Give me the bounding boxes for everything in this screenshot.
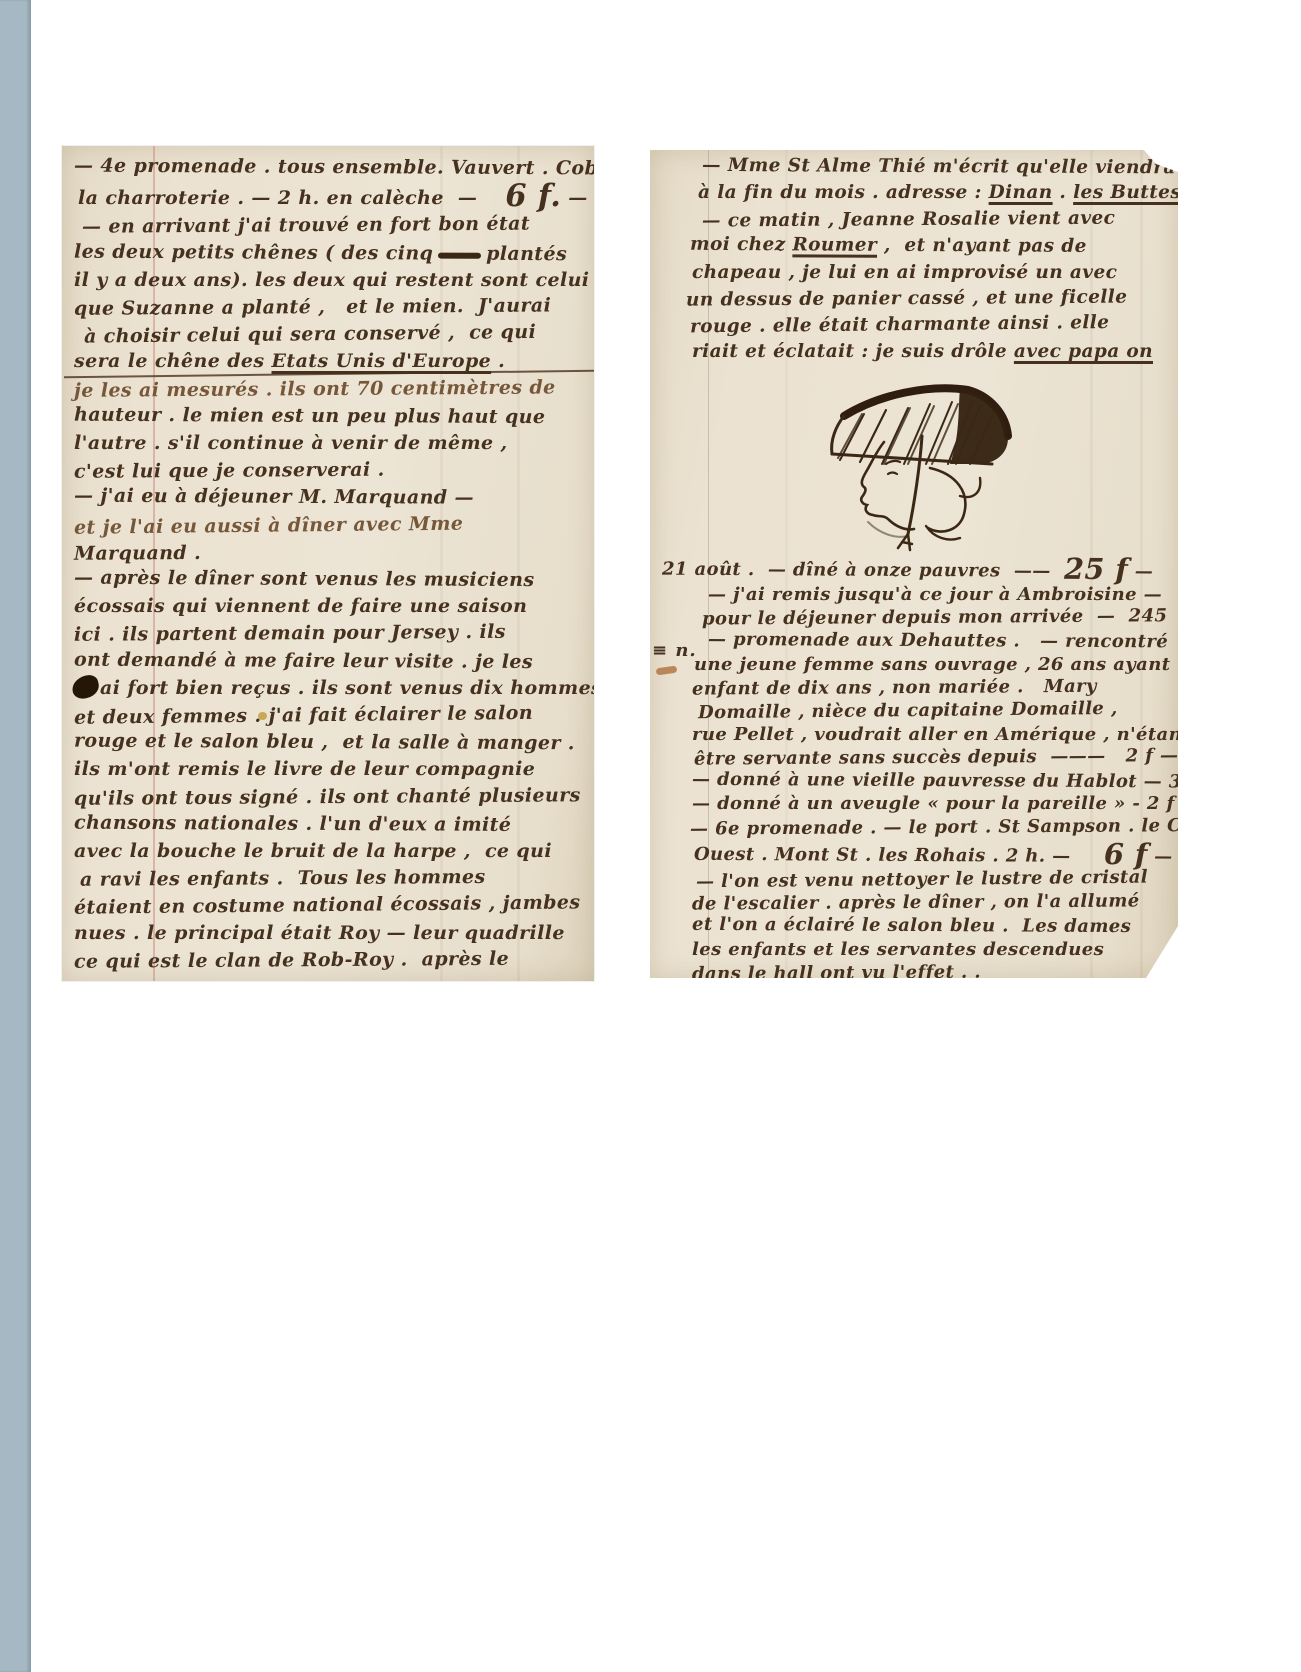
paper-stain (258, 712, 267, 720)
manuscript-line: qu'ils ont tous signé . ils ont chanté p… (74, 782, 590, 813)
manuscript-line: être servante sans succès depuis ——— 2 f… (662, 744, 1174, 771)
manuscript-line: à choisir celui qui sera conservé , ce q… (74, 319, 590, 352)
manuscript-page-right: — Mme St Alme Thié m'écrit qu'elle viend… (650, 150, 1178, 978)
manuscript-line: la charroterie . — 2 h. en calèche — 6 f… (74, 181, 590, 212)
manuscript-line: les deux petits chênes ( des cinq —— pla… (74, 238, 590, 268)
handwriting-block-right-bottom: 21 août . — dîné à onze pauvres —— 25 f … (662, 554, 1174, 978)
manuscript-line: Marquand . (74, 537, 590, 568)
manuscript-line: sera le chêne des Etats Unis d'Europe . (74, 348, 590, 375)
handwriting-block-left: — 4e promenade . tous ensemble. Vauvert … (74, 154, 590, 974)
manuscript-line: chapeau , je lui en ai improvisé un avec (662, 260, 1174, 286)
manuscript-line: rouge et le salon bleu , et la salle à m… (74, 728, 590, 758)
manuscript-line: nues . le principal était Roy — leur qua… (74, 920, 590, 947)
manuscript-page-left: — 4e promenade . tous ensemble. Vauvert … (62, 146, 594, 981)
manuscript-line: étaient en costume national écossais , j… (74, 890, 590, 923)
manuscript-line: les enfants et les servantes descendues (662, 938, 1174, 961)
manuscript-line: et l'on a éclairé le salon bleu . Les da… (662, 913, 1174, 939)
manuscript-line: Domaille , nièce du capitaine Domaille , (662, 697, 1174, 726)
manuscript-line: ce qui est le clan de Rob-Roy . après le (74, 945, 590, 976)
manuscript-line: moi chez Roumer , et n'ayant pas de (662, 232, 1174, 261)
manuscript-line: une jeune femme sans ouvrage , 26 ans ay… (662, 653, 1174, 676)
manuscript-line: il y a deux ans). les deux qui restent s… (74, 267, 590, 294)
manuscript-line: ai fort bien reçus . ils sont venus dix … (74, 675, 590, 702)
handwriting-block-right-top: — Mme St Alme Thié m'écrit qu'elle viend… (662, 154, 1174, 365)
manuscript-line: ont demandé à me faire leur visite . je … (74, 646, 590, 676)
manuscript-line: avec la bouche le bruit de la harpe , ce… (74, 838, 590, 865)
manuscript-line: riait et éclatait : je suis drôle avec p… (662, 339, 1174, 365)
manuscript-line: dans le hall ont vu l'effet . . (662, 959, 1174, 978)
manuscript-line: — promenade aux Dehauttes . — rencontré (662, 628, 1174, 654)
manuscript-line: — j'ai remis jusqu'à ce jour à Ambroisin… (662, 583, 1174, 606)
manuscript-line: — en arrivant j'ai trouvé en fort bon ét… (74, 211, 590, 242)
accent-bar (0, 0, 31, 1672)
manuscript-line: Ouest . Mont St . les Rohais . 2 h. — 6 … (662, 838, 1174, 869)
manuscript-line: hauteur . le mien est un peu plus haut q… (74, 401, 590, 431)
manuscript-line: ils m'ont remis le livre de leur compagn… (74, 756, 590, 783)
manuscript-line: c'est lui que je conserverai . (74, 455, 590, 486)
manuscript-line: — donné à une vieille pauvresse du Hablo… (662, 768, 1174, 794)
scan-background: — 4e promenade . tous ensemble. Vauvert … (0, 0, 1301, 1672)
manuscript-line: chansons nationales . l'un d'eux a imité (74, 810, 590, 840)
manuscript-line: 21 août . — dîné à onze pauvres —— 25 f … (662, 553, 1174, 584)
manuscript-line: je les ai mesurés . ils ont 70 centimètr… (74, 374, 590, 405)
manuscript-line: — 6e promenade . — le port . St Sampson … (662, 814, 1174, 841)
child-profile-hat-sketch-icon (810, 376, 1025, 562)
manuscript-line: et je l'ai eu aussi à dîner avec Mme (74, 509, 590, 542)
manuscript-line: ici . ils partent demain pour Jersey . i… (74, 619, 590, 650)
manuscript-line: — Mme St Alme Thié m'écrit qu'elle viend… (662, 153, 1174, 182)
manuscript-line: — ce matin , Jeanne Rosalie vient avec (662, 205, 1174, 235)
manuscript-line: rue Pellet , voudrait aller en Amérique … (662, 723, 1174, 746)
manuscript-line: — donné à un aveugle « pour la pareille … (662, 792, 1174, 815)
manuscript-line: à la fin du mois . adresse : Dinan . les… (662, 180, 1174, 206)
manuscript-line: l'autre . s'il continue à venir de même … (74, 430, 590, 457)
manuscript-line: rouge . elle était charmante ainsi . ell… (662, 310, 1174, 342)
manuscript-line: écossais qui viennent de faire une saiso… (74, 593, 590, 620)
manuscript-line: — j'ai eu à déjeuner M. Marquand — (74, 483, 590, 513)
manuscript-line: — après le dîner sont venus les musicien… (74, 565, 590, 595)
